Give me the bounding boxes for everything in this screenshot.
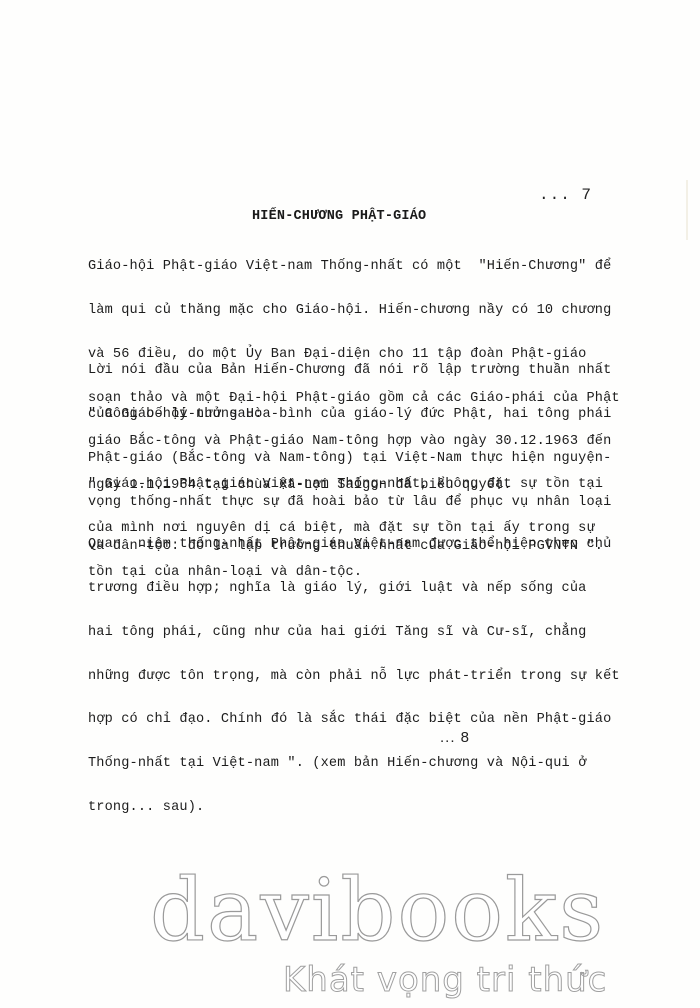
text-line: Quan niệm thống-nhất Phật-giáo Việt-nam … <box>88 538 668 553</box>
text-line: trương điều hợp; nghĩa là giáo lý, giới … <box>88 582 668 597</box>
watermark-brand-logo: davibooks <box>150 868 605 954</box>
text-line: trong... sau). <box>88 801 668 816</box>
scanned-page: ... 7 HIẾN-CHƯƠNG PHẬT-GIÁO Giáo-hội Phậ… <box>0 0 700 1008</box>
text-line: Giáo-hội Phật-giáo Việt-nam Thống-nhất c… <box>88 260 668 275</box>
text-line: làm qui củ thăng mặc cho Giáo-hội. Hiến-… <box>88 304 668 319</box>
page-edge-shadow <box>686 180 688 240</box>
text-line: hợp có chỉ đạo. Chính đó là sắc thái đặc… <box>88 713 668 728</box>
text-line: Thống-nhất tại Việt-nam ". (xem bản Hiến… <box>88 757 668 772</box>
text-line: " Công bố lý-tưởng Hòa-bình của giáo-lý … <box>88 408 668 423</box>
watermark-tagline: Khát vọng tri thức <box>283 963 607 997</box>
text-line: Lời nói đầu của Bản Hiến-Chương đã nói r… <box>88 364 668 379</box>
text-line: những được tôn trọng, mà còn phải nỗ lực… <box>88 670 668 685</box>
document-title: HIẾN-CHƯƠNG PHẬT-GIÁO <box>252 209 426 224</box>
text-line: " Giáo-hội Phật-giáo Việt-nam Thống-nhất… <box>88 478 668 493</box>
page-number-top: ... 7 <box>539 186 592 204</box>
paragraph-unification-concept: Quan niệm thống-nhất Phật-giáo Việt-nam … <box>88 509 668 845</box>
text-line: hai tông phái, cũng như của hai giới Tăn… <box>88 626 668 641</box>
page-number-bottom: ... 8 <box>440 729 470 746</box>
